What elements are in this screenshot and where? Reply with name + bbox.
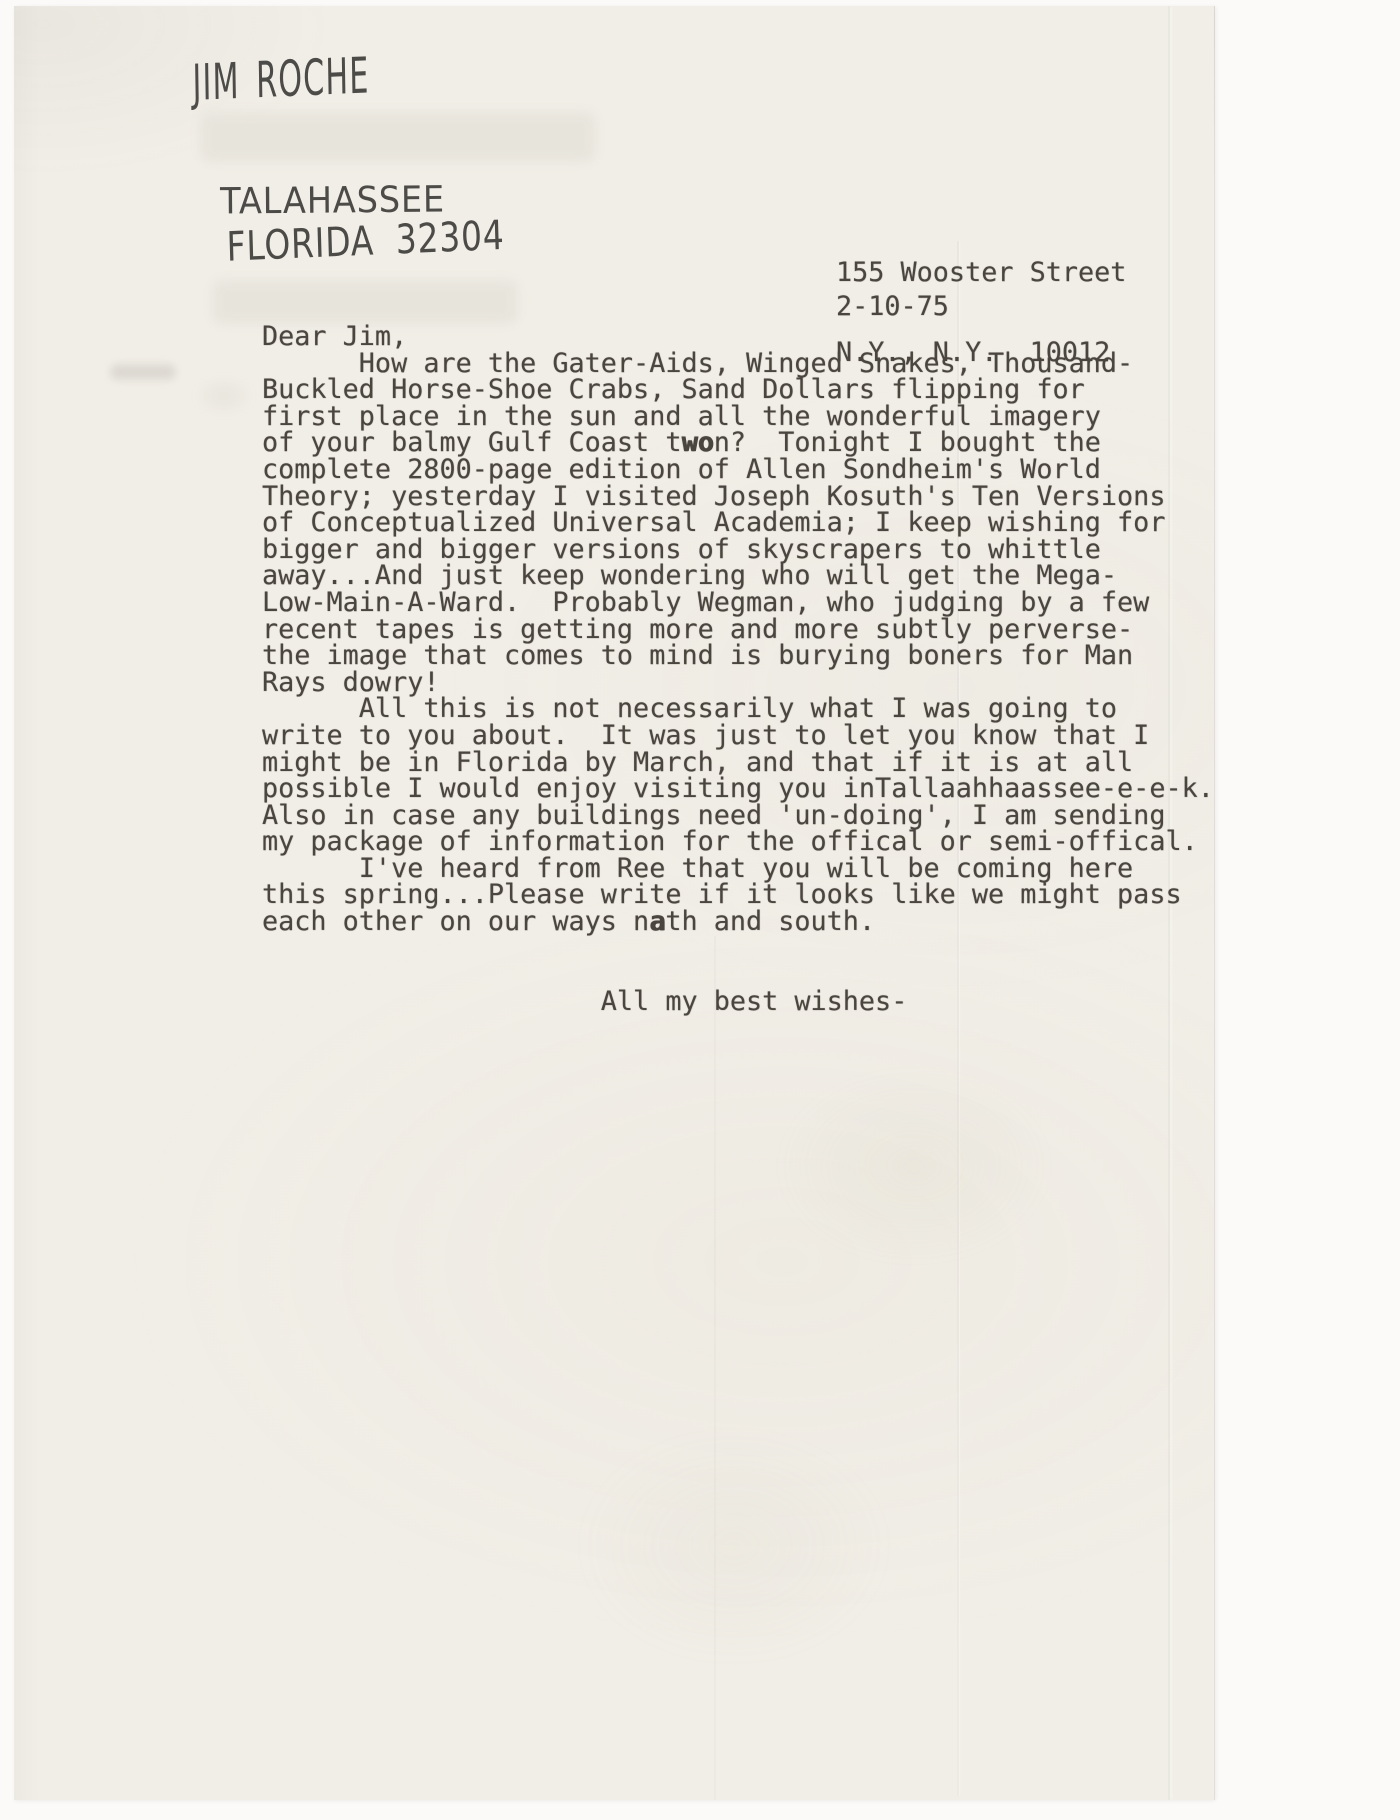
letter-line: Low-Main-A-Ward. Probably Wegman, who ju… bbox=[262, 590, 1214, 617]
redaction-bar-2 bbox=[212, 280, 518, 324]
letter-line: away...And just keep wondering who will … bbox=[262, 563, 1214, 590]
redaction-bar-1 bbox=[200, 112, 596, 162]
letter-line: recent tapes is getting more and more su… bbox=[262, 617, 1214, 644]
letter-line: my package of information for the offica… bbox=[262, 829, 1214, 856]
paper-smudge bbox=[110, 364, 176, 380]
letter-line bbox=[262, 962, 1214, 989]
letter-line: of your balmy Gulf Coast twon? Tonight I… bbox=[262, 430, 1214, 457]
letter-line: each other on our ways nath and south. bbox=[262, 909, 1214, 936]
handwritten-sender-name: JIM ROCHE bbox=[192, 46, 370, 112]
letter-line: How are the Gater-Aids, Winged Snakes, T… bbox=[262, 351, 1214, 378]
letter-line: complete 2800-page edition of Allen Sond… bbox=[262, 457, 1214, 484]
letter-line: of Conceptualized Universal Academia; I … bbox=[262, 510, 1214, 537]
letter-line: All my best wishes- bbox=[262, 989, 1214, 1016]
letter-date: 2-10-75 bbox=[836, 294, 949, 321]
letter-line bbox=[262, 936, 1214, 963]
letter-line: might be in Florida by March, and that i… bbox=[262, 750, 1214, 777]
letter-line: possible I would enjoy visiting you inTa… bbox=[262, 776, 1214, 803]
letter-line: first place in the sun and all the wonde… bbox=[262, 404, 1214, 431]
lower-crease-line bbox=[714, 936, 716, 1800]
letter-line: Rays dowry! bbox=[262, 670, 1214, 697]
letter-line: All this is not necessarily what I was g… bbox=[262, 696, 1214, 723]
letter-line: I've heard from Ree that you will be com… bbox=[262, 856, 1214, 883]
letter-body: Dear Jim, How are the Gater-Aids, Winged… bbox=[262, 324, 1214, 1015]
letter-line: Theory; yesterday I visited Joseph Kosut… bbox=[262, 484, 1214, 511]
letter-paper: JIM ROCHE TALAHASSEE FLORIDA 32304 155 W… bbox=[14, 6, 1215, 1800]
paper-stain bbox=[574, 1426, 894, 1666]
letter-line: write to you about. It was just to let y… bbox=[262, 723, 1214, 750]
paper-stain bbox=[774, 1066, 1054, 1266]
scanned-letter: JIM ROCHE TALAHASSEE FLORIDA 32304 155 W… bbox=[0, 0, 1400, 1820]
address-line-1: 155 Wooster Street bbox=[836, 260, 1126, 287]
letter-line: Buckled Horse-Shoe Crabs, Sand Dollars f… bbox=[262, 377, 1214, 404]
letter-line: this spring...Please write if it looks l… bbox=[262, 882, 1214, 909]
letter-line: bigger and bigger versions of skyscraper… bbox=[262, 537, 1214, 564]
letter-line: Also in case any buildings need 'un-doin… bbox=[262, 803, 1214, 830]
paper-stain bbox=[194, 376, 254, 416]
letter-line: Dear Jim, bbox=[262, 324, 1214, 351]
letter-line: the image that comes to mind is burying … bbox=[262, 643, 1214, 670]
